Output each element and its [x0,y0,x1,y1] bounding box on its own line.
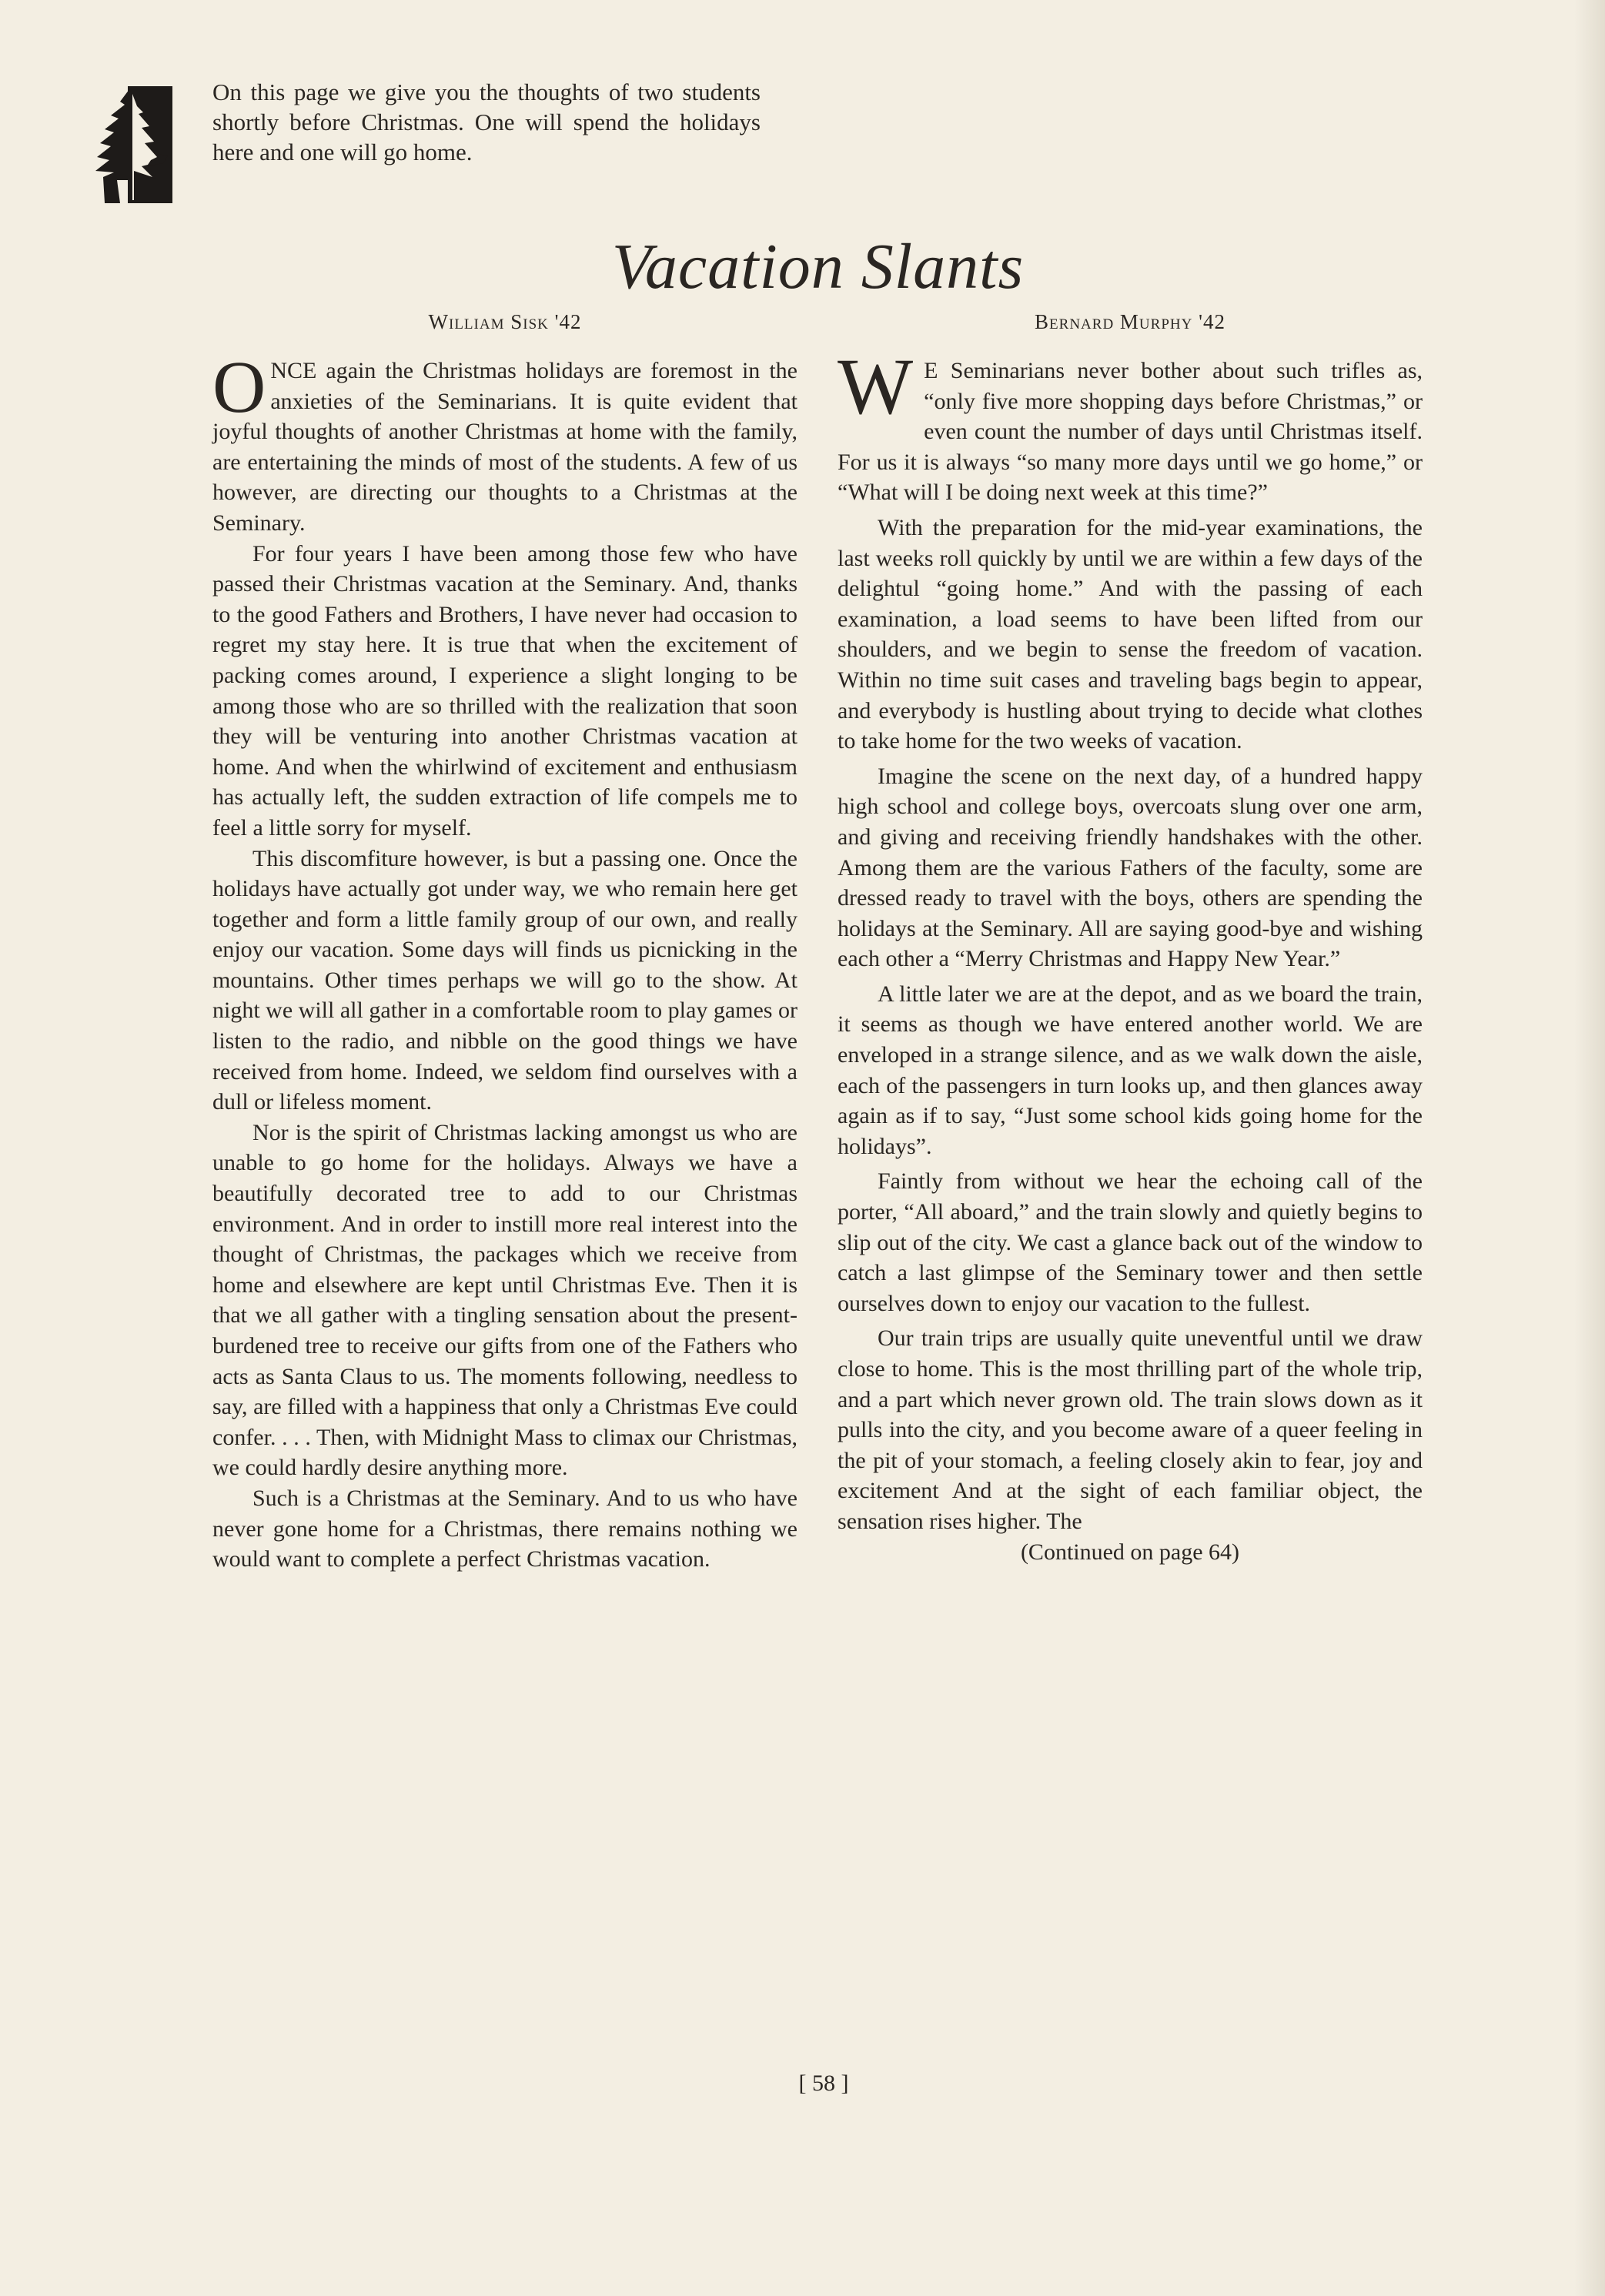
byline-left-author: William Sisk '42 [212,310,797,334]
continued-notice: (Continued on page 64) [838,1537,1423,1568]
byline-right-author: Bernard Murphy '42 [838,310,1423,334]
article-left-paragraph: This discomfiture however, is but a pass… [212,844,797,1118]
article-right-paragraph: Imagine the scene on the next day, of a … [838,761,1423,974]
article-right-column: WE Seminarians never bother about such t… [838,356,1423,1567]
page-number: [ 58 ] [0,2070,1605,2097]
article-left-paragraph: ONCE again the Christmas holidays are fo… [212,356,797,539]
article-right-paragraph: Our train trips are usually quite uneven… [838,1323,1423,1536]
article-right-paragraph: A little later we are at the depot, and … [838,979,1423,1162]
drop-cap: W [838,357,913,417]
christmas-tree-icon [94,86,172,203]
article-left-paragraph: Such is a Christmas at the Seminary. And… [212,1483,797,1575]
article-left-column: ONCE again the Christmas holidays are fo… [212,356,797,1575]
article-right-paragraph: With the preparation for the mid-year ex… [838,513,1423,757]
article-right-paragraph: Faintly from without we hear the echoing… [838,1166,1423,1318]
intro-text: On this page we give you the thoughts of… [212,77,761,167]
article-left-paragraph: Nor is the spirit of Christmas lacking a… [212,1118,797,1483]
article-left-paragraph: For four years I have been among those f… [212,539,797,844]
drop-cap: O [212,359,266,416]
page-title: Vacation Slants [0,225,1605,309]
page-edge-shadow [1574,0,1605,2296]
article-right-paragraph: WE Seminarians never bother about such t… [838,356,1423,508]
